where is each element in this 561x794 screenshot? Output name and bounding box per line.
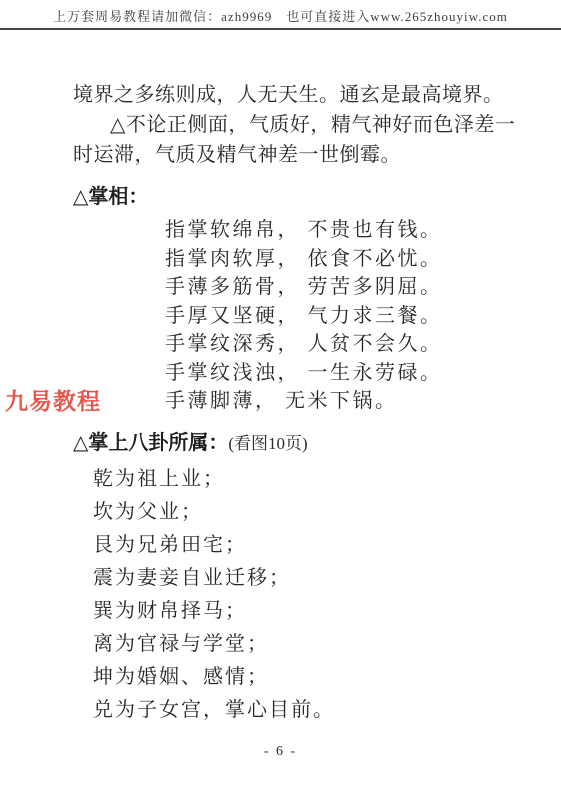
bagua-item: 艮为兄弟田宅； [93, 529, 493, 562]
palm-verse-list: 指掌软绵帛， 不贵也有钱。 指掌肉软厚， 依食不必忧。 手薄多筋骨， 劳苦多阴屈… [165, 216, 493, 416]
header-promo-text: 上万套周易教程请加微信：azh9969 也可直接进入www.265zhouyiw… [0, 6, 561, 25]
verse-line: 手薄脚薄， 无米下锅。 [165, 387, 493, 416]
bagua-heading-text: △掌上八卦所属： [73, 432, 228, 454]
bagua-item: 兑为子女宫，掌心目前。 [93, 694, 493, 727]
bagua-item: 坎为父业； [93, 496, 493, 529]
verse-line: 手掌纹深秀， 人贫不会久。 [165, 330, 493, 359]
verse-line: 指掌肉软厚， 依食不必忧。 [165, 245, 493, 274]
intro-line-3: 时运滞，气质及精气神差一世倒霉。 [73, 140, 493, 170]
page-content: 境界之多练则成，人无天生。通玄是最高境界。 △不论正侧面，气质好，精气神好而色泽… [73, 80, 493, 727]
bagua-item: 乾为祖上业； [93, 463, 493, 496]
bagua-item: 震为妻妾自业迁移； [93, 562, 493, 595]
verse-line: 手薄多筋骨， 劳苦多阴屈。 [165, 273, 493, 302]
bagua-item: 巽为财帛择马； [93, 595, 493, 628]
bagua-heading-note: (看图10页) [228, 434, 307, 453]
bagua-list: 乾为祖上业； 坎为父业； 艮为兄弟田宅； 震为妻妾自业迁移； 巽为财帛择马； 离… [93, 463, 493, 727]
document-page: 上万套周易教程请加微信：azh9969 也可直接进入www.265zhouyiw… [0, 0, 561, 794]
bagua-section-heading: △掌上八卦所属：(看图10页) [73, 430, 493, 457]
verse-line: 手掌纹浅浊， 一生永劳碌。 [165, 359, 493, 388]
header-divider [0, 28, 561, 30]
palm-section-heading: △掌相： [73, 184, 493, 210]
bagua-item: 坤为婚姻、感情； [93, 661, 493, 694]
bagua-item: 离为官禄与学堂； [93, 628, 493, 661]
intro-line-2: △不论正侧面，气质好，精气神好而色泽差一 [73, 110, 493, 140]
page-number: - 6 - [0, 744, 561, 760]
intro-line-1: 境界之多练则成，人无天生。通玄是最高境界。 [73, 80, 493, 110]
verse-line: 手厚又坚硬， 气力求三餐。 [165, 302, 493, 331]
red-brand-watermark: 九易教程 [5, 383, 101, 416]
verse-line: 指掌软绵帛， 不贵也有钱。 [165, 216, 493, 245]
